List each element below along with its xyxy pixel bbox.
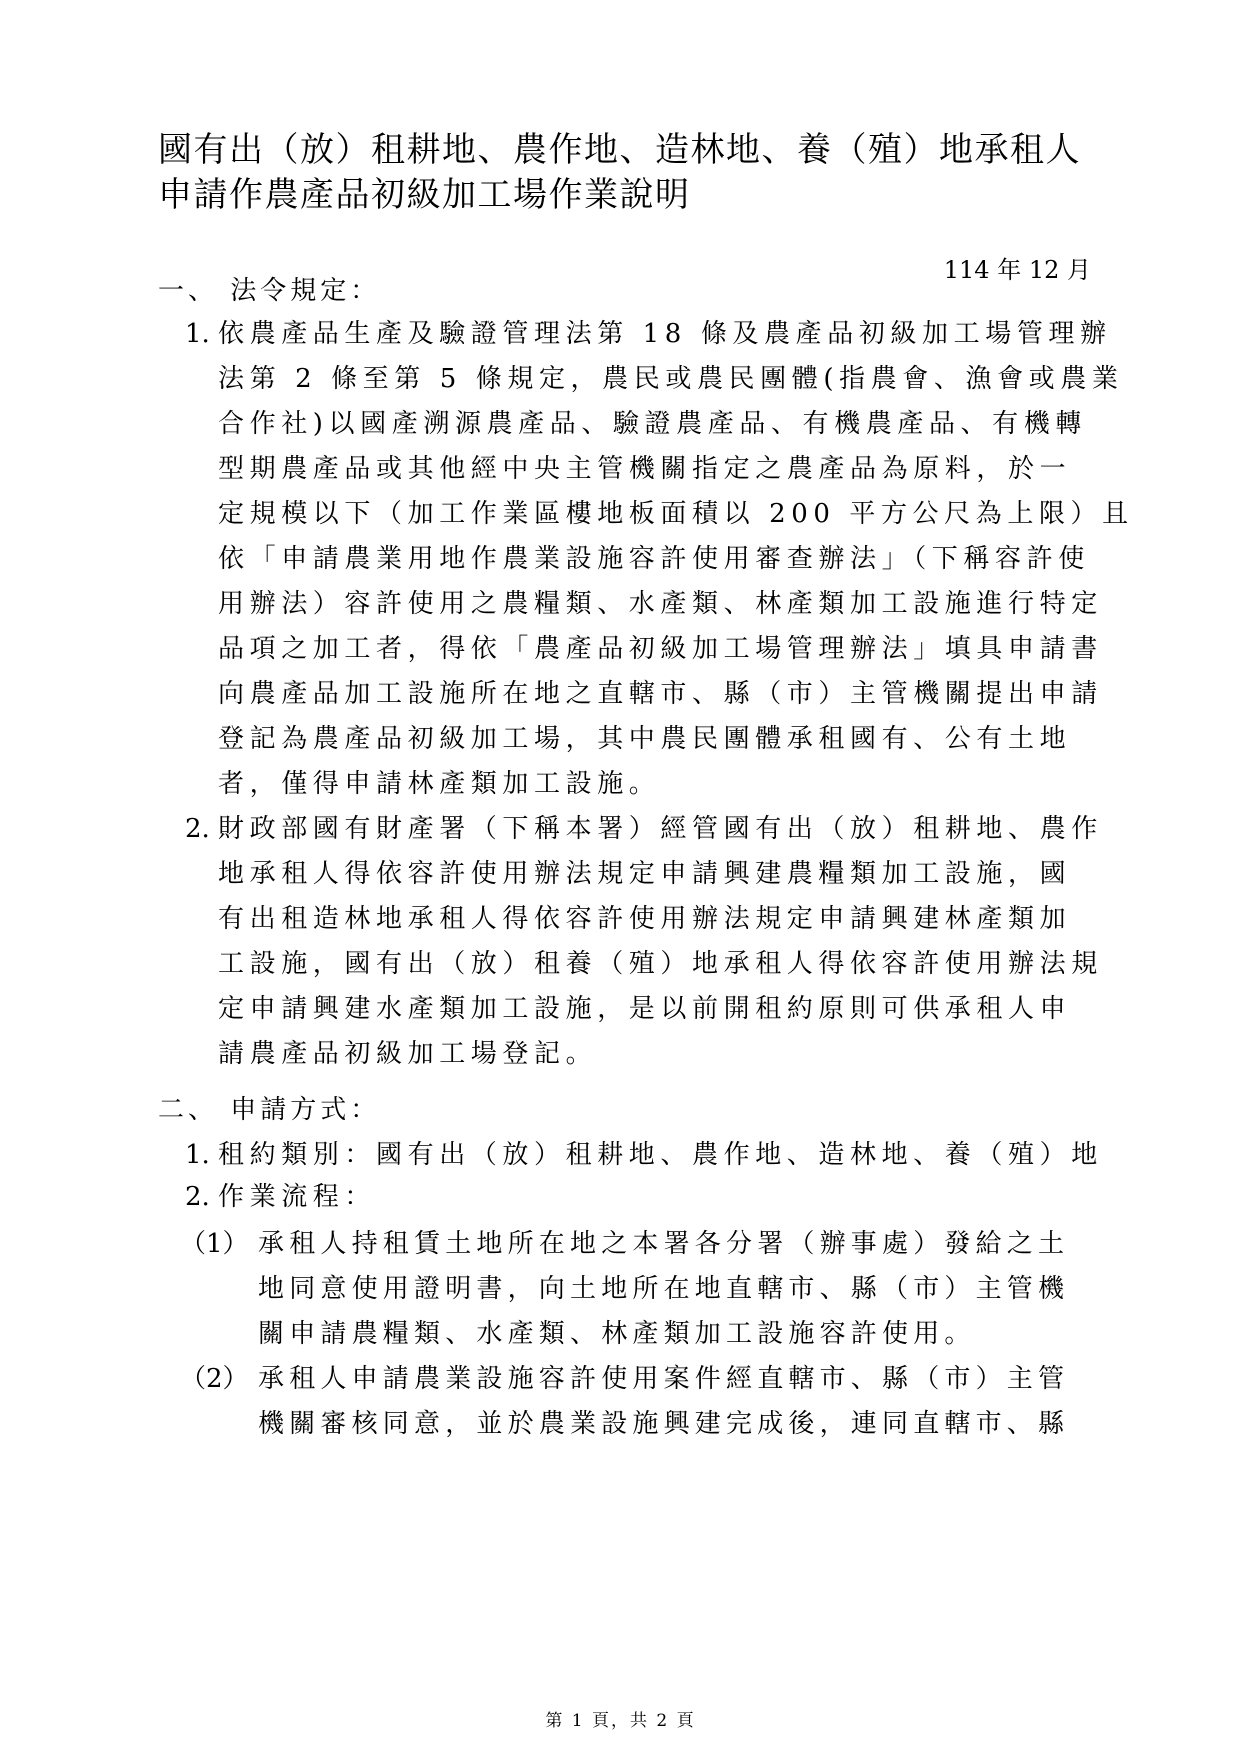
paragraph-line: 依「申請農業用地作農業設施容許使用審查辦法」（下稱容許使: [218, 542, 1090, 576]
paragraph-line: 者，僅得申請林產類加工設施。: [218, 767, 660, 801]
paragraph-line: 承租人申請農業設施容許使用案件經直轄市、縣（市）主管: [258, 1362, 1069, 1396]
subitem-number: （1）: [180, 1227, 249, 1261]
paragraph-line: 登記為農產品初級加工場，其中農民團體承租國有、公有土地: [218, 722, 1071, 756]
paragraph-line: 用辦法）容許使用之農糧類、水產類、林產類加工設施進行特定: [218, 587, 1103, 621]
paragraph-line: 地承租人得依容許使用辦法規定申請興建農糧類加工設施，國: [218, 857, 1071, 891]
paragraph-line: 機關審核同意，並於農業設施興建完成後，連同直轄市、縣: [258, 1407, 1069, 1441]
item-number: 1.: [185, 1138, 210, 1172]
section-heading-application: 二、 申請方式：: [158, 1093, 380, 1127]
paragraph-line: 向農產品加工設施所在地之直轄市、縣（市）主管機關提出申請: [218, 677, 1103, 711]
document-page: 國有出（放）租耕地、農作地、造林地、養（殖）地承租人 申請作農產品初級加工場作業…: [0, 0, 1241, 1755]
page-footer: 第 1 頁，共 2 頁: [0, 1710, 1241, 1732]
paragraph-line: 作業流程：: [218, 1180, 376, 1214]
paragraph-line: 法第 2 條至第 5 條規定，農民或農民團體(指農會、漁會或農業: [218, 362, 1124, 396]
document-title-line-1: 國有出（放）租耕地、農作地、造林地、養（殖）地承租人: [158, 130, 1081, 170]
item-number: 2.: [185, 812, 210, 846]
paragraph-line: 財政部國有財產署（下稱本署）經管國有出（放）租耕地、農作: [218, 812, 1103, 846]
section-heading-legal: 一、 法令規定：: [158, 274, 380, 308]
item-number: 2.: [185, 1180, 210, 1214]
paragraph-line: 有出租造林地承租人得依容許使用辦法規定申請興建林產類加: [218, 902, 1071, 936]
paragraph-line: 合作社)以國產溯源農產品、驗證農產品、有機農產品、有機轉: [218, 407, 1087, 441]
paragraph-line: 請農產品初級加工場登記。: [218, 1037, 597, 1071]
paragraph-line: 承租人持租賃土地所在地之本署各分署（辦事處）發給之土: [258, 1227, 1069, 1261]
paragraph-line: 依農產品生產及驗證管理法第 18 條及農產品初級加工場管理辦: [218, 317, 1112, 351]
document-title-line-2: 申請作農產品初級加工場作業說明: [158, 175, 691, 215]
paragraph-line: 關申請農糧類、水產類、林產類加工設施容許使用。: [258, 1317, 976, 1351]
item-number: 1.: [185, 317, 210, 351]
paragraph-line: 工設施，國有出（放）租養（殖）地承租人得依容許使用辦法規: [218, 947, 1103, 981]
paragraph-line: 地同意使用證明書，向土地所在地直轄市、縣（市）主管機: [258, 1272, 1069, 1306]
paragraph-line: 型期農產品或其他經中央主管機關指定之農產品為原料，於一: [218, 452, 1071, 486]
subitem-number: （2）: [180, 1362, 249, 1396]
paragraph-line: 租約類別：國有出（放）租耕地、農作地、造林地、養（殖）地: [218, 1138, 1103, 1172]
paragraph-line: 定規模以下（加工作業區樓地板面積以 200 平方公尺為上限）且: [218, 497, 1134, 531]
document-date: 114 年 12 月: [944, 255, 1091, 285]
paragraph-line: 品項之加工者，得依「農產品初級加工場管理辦法」填具申請書: [218, 632, 1103, 666]
paragraph-line: 定申請興建水產類加工設施，是以前開租約原則可供承租人申: [218, 992, 1071, 1026]
